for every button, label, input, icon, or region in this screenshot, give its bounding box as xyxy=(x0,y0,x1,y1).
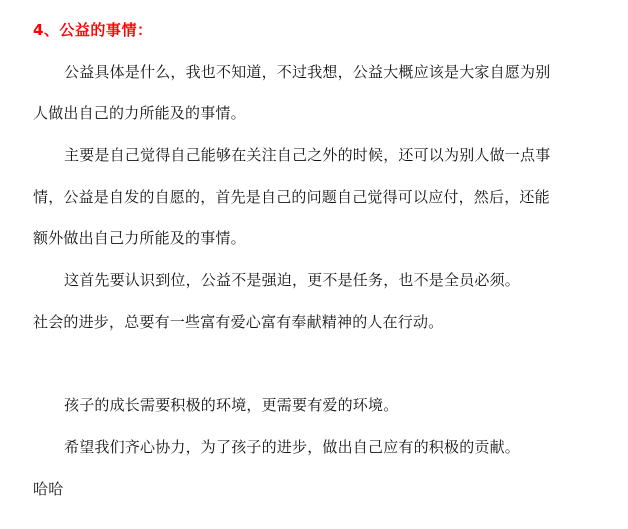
paragraph-line: 希望我们齐心协力，为了孩子的进步，做出自己应有的积极的贡献。 xyxy=(33,436,593,478)
paragraph-3: 这首先要认识到位，公益不是强迫，更不是任务，也不是全员必须。 xyxy=(33,269,593,311)
paragraph-1: 公益具体是什么，我也不知道，不过我想，公益大概应该是大家自愿为别 人做出自己的力… xyxy=(33,61,593,144)
paragraph-line: 主要是自己觉得自己能够在关注自己之外的时候，还可以为别人做一点事 xyxy=(33,144,593,186)
paragraph-line: 孩子的成长需要积极的环境，更需要有爱的环境。 xyxy=(33,394,593,436)
paragraph-line: 哈哈 xyxy=(33,478,593,520)
paragraph-2: 主要是自己觉得自己能够在关注自己之外的时候，还可以为别人做一点事 情，公益是自发… xyxy=(33,144,593,269)
document-body: 4、公益的事情： 公益具体是什么，我也不知道，不过我想，公益大概应该是大家自愿为… xyxy=(33,19,593,519)
paragraph-line: 社会的进步，总要有一些富有爱心富有奉献精神的人在行动。 xyxy=(33,311,593,353)
paragraph-line: 额外做出自己力所能及的事情。 xyxy=(33,227,593,269)
paragraph-5: 孩子的成长需要积极的环境，更需要有爱的环境。 xyxy=(33,394,593,436)
paragraph-line: 情，公益是自发的自愿的，首先是自己的问题自己觉得可以应付，然后，还能 xyxy=(33,186,593,228)
blank-line xyxy=(33,353,593,395)
paragraph-line: 人做出自己的力所能及的事情。 xyxy=(33,102,593,144)
paragraph-line: 公益具体是什么，我也不知道，不过我想，公益大概应该是大家自愿为别 xyxy=(33,61,593,103)
paragraph-6: 希望我们齐心协力，为了孩子的进步，做出自己应有的积极的贡献。 xyxy=(33,436,593,478)
paragraph-7: 哈哈 xyxy=(33,478,593,520)
paragraph-line: 这首先要认识到位，公益不是强迫，更不是任务，也不是全员必须。 xyxy=(33,269,593,311)
paragraph-4: 社会的进步，总要有一些富有爱心富有奉献精神的人在行动。 xyxy=(33,311,593,353)
section-heading: 4、公益的事情： xyxy=(33,19,593,61)
